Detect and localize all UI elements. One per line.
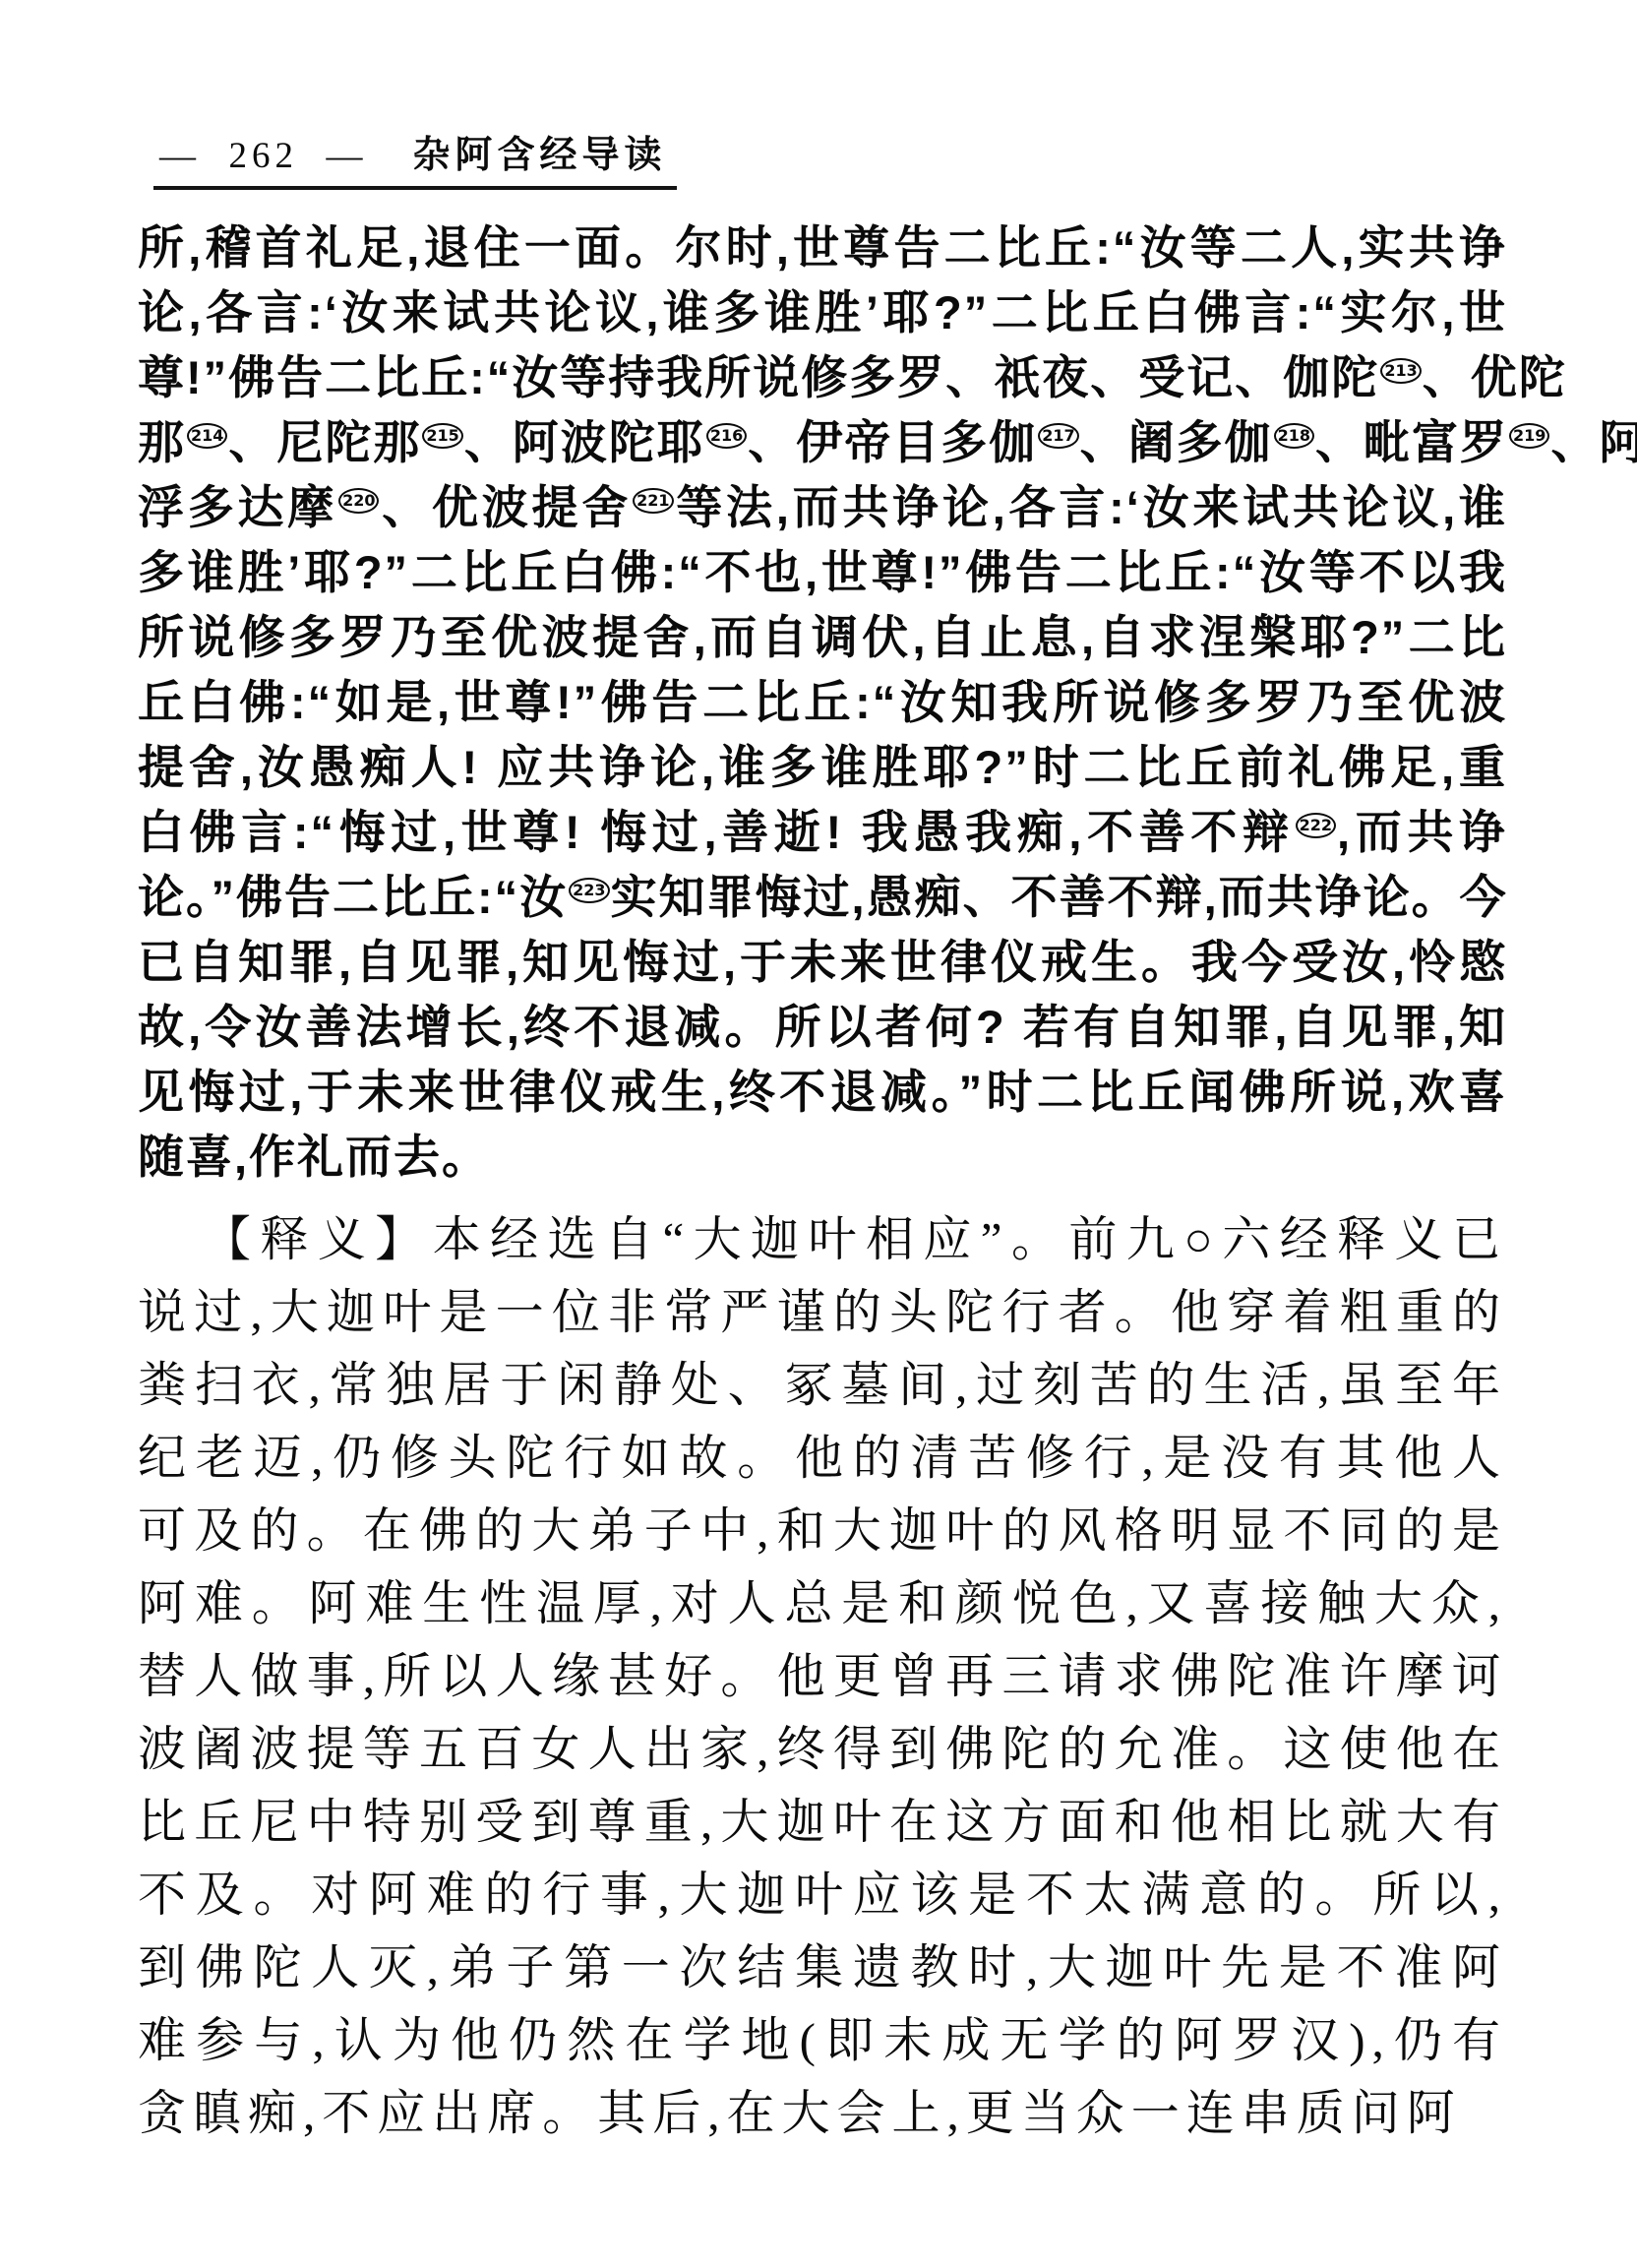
- body-text: 所,稽首礼足,退住一面。尔时,世尊告二比丘:“汝等二人,实共诤论,各言:‘汝来试…: [138, 215, 1507, 2150]
- text-line: 浮多达摩220、优波提舍221等法,而共诤论,各言:‘汝来试共论议,谁: [138, 475, 1507, 540]
- footnote-marker: 213: [1380, 358, 1421, 384]
- footnote-marker: 223: [569, 878, 609, 903]
- text-line: 替人做事,所以人缘甚好。他更曾再三请求佛陀准许摩诃: [138, 1640, 1507, 1713]
- text-line: 白佛言:“悔过,世尊! 悔过,善逝! 我愚我痴,不善不辩222,而共诤: [138, 800, 1507, 865]
- text-line: 贪瞋痴,不应出席。其后,在大会上,更当众一连串质问阿: [138, 2077, 1507, 2150]
- page-number: — 262 —: [159, 135, 368, 177]
- text-line: 所,稽首礼足,退住一面。尔时,世尊告二比丘:“汝等二人,实共诤: [138, 215, 1507, 280]
- footnote-marker: 218: [1274, 423, 1314, 449]
- footnote-marker: 214: [187, 423, 227, 449]
- text-line: 比丘尼中特别受到尊重,大迦叶在这方面和他相比就大有: [138, 1786, 1507, 1859]
- text-line: 论,各言:‘汝来试共论议,谁多谁胜’耶?”二比丘白佛言:“实尔,世: [138, 280, 1507, 345]
- running-head: — 262 — 杂阿含经导读: [159, 124, 1507, 178]
- text-line: 论。”佛告二比丘:“汝223实知罪悔过,愚痴、不善不辩,而共诤论。今: [138, 865, 1507, 930]
- text-line: 见悔过,于未来世律仪戒生,终不退减。”时二比丘闻佛所说,欢喜: [138, 1060, 1507, 1125]
- text-line: 粪扫衣,常独居于闲静处、冢墓间,过刻苦的生活,虽至年: [138, 1349, 1507, 1422]
- text-line: 已自知罪,自见罪,知见悔过,于未来世律仪戒生。我今受汝,怜愍: [138, 930, 1507, 995]
- book-title: 杂阿含经导读: [413, 124, 667, 178]
- footnote-marker: 215: [422, 423, 462, 449]
- text-line: 不及。对阿难的行事,大迦叶应该是不太满意的。所以,: [138, 1859, 1507, 1931]
- text-line: 多谁胜’耶?”二比丘白佛:“不也,世尊!”佛告二比丘:“汝等不以我: [138, 540, 1507, 605]
- paragraph-commentary: 【释义】本经选自“大迦叶相应”。前九○六经释义已说过,大迦叶是一位非常严谨的头陀…: [138, 1203, 1507, 2150]
- header-rule: [153, 186, 677, 190]
- footnote-marker: 216: [706, 423, 747, 449]
- text-line: 难参与,认为他仍然在学地(即未成无学的阿罗汉),仍有: [138, 2004, 1507, 2077]
- text-line: 随喜,作礼而去。: [138, 1125, 1507, 1190]
- text-line: 纪老迈,仍修头陀行如故。他的清苦修行,是没有其他人: [138, 1422, 1507, 1495]
- text-line: 到佛陀人灭,弟子第一次结集遗教时,大迦叶先是不准阿: [138, 1931, 1507, 2004]
- text-line: 【释义】本经选自“大迦叶相应”。前九○六经释义已: [138, 1203, 1507, 1276]
- text-line: 可及的。在佛的大弟子中,和大迦叶的风格明显不同的是: [138, 1495, 1507, 1567]
- footnote-marker: 220: [338, 488, 379, 514]
- text-line: 那214、尼陀那215、阿波陀耶216、伊帝目多伽217、阇多伽218、毗富罗2…: [138, 410, 1507, 475]
- text-line: 故,令汝善法增长,终不退减。所以者何? 若有自知罪,自见罪,知: [138, 995, 1507, 1060]
- footnote-marker: 219: [1509, 423, 1549, 449]
- paragraph-sutra: 所,稽首礼足,退住一面。尔时,世尊告二比丘:“汝等二人,实共诤论,各言:‘汝来试…: [138, 215, 1507, 1190]
- book-page: — 262 — 杂阿含经导读 所,稽首礼足,退住一面。尔时,世尊告二比丘:“汝等…: [0, 0, 1637, 2268]
- text-line: 所说修多罗乃至优波提舍,而自调伏,自止息,自求涅槃耶?”二比: [138, 605, 1507, 670]
- text-line: 阿难。阿难生性温厚,对人总是和颜悦色,又喜接触大众,: [138, 1567, 1507, 1640]
- footnote-marker: 221: [633, 488, 673, 514]
- text-line: 尊!”佛告二比丘:“汝等持我所说修多罗、祇夜、受记、伽陀213、优陀: [138, 345, 1507, 410]
- text-line: 说过,大迦叶是一位非常严谨的头陀行者。他穿着粗重的: [138, 1276, 1507, 1349]
- footnote-marker: 217: [1038, 423, 1078, 449]
- text-line: 提舍,汝愚痴人! 应共诤论,谁多谁胜耶?”时二比丘前礼佛足,重: [138, 735, 1507, 800]
- text-line: 波阇波提等五百女人出家,终得到佛陀的允准。这使他在: [138, 1713, 1507, 1786]
- footnote-marker: 222: [1296, 813, 1336, 838]
- text-line: 丘白佛:“如是,世尊!”佛告二比丘:“汝知我所说修多罗乃至优波: [138, 670, 1507, 735]
